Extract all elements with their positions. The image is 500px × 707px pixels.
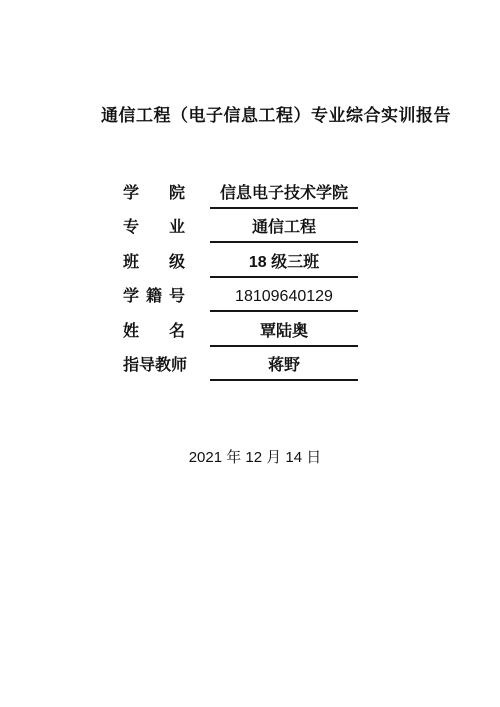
field-value-class: 18 级三班 (210, 255, 358, 278)
field-label-name: 姓名 (123, 324, 185, 347)
report-date: 2021 年 12 月 14 日 (189, 446, 322, 467)
field-label-advisor: 指导教师 (123, 358, 185, 381)
field-label-major: 专业 (123, 220, 185, 243)
field-value-name: 覃陆奥 (210, 324, 358, 347)
field-value-major: 通信工程 (210, 220, 358, 243)
field-row-advisor: 指导教师 蒋野 (123, 347, 358, 382)
field-row-major: 专业 通信工程 (123, 209, 358, 244)
field-row-college: 学院 信息电子技术学院 (123, 174, 358, 209)
fields-block: 学院 信息电子技术学院 专业 通信工程 班级 18 级三班 学籍号 181096… (123, 174, 358, 381)
field-label-class: 班级 (123, 255, 185, 278)
field-label-college: 学院 (123, 186, 185, 209)
field-value-student-id: 18109640129 (210, 289, 358, 312)
report-cover-page: 通信工程（电子信息工程）专业综合实训报告 学院 信息电子技术学院 专业 通信工程… (0, 0, 500, 707)
field-row-class: 班级 18 级三班 (123, 243, 358, 278)
field-value-college: 信息电子技术学院 (210, 186, 358, 209)
field-row-name: 姓名 覃陆奥 (123, 312, 358, 347)
field-label-student-id: 学籍号 (123, 289, 185, 312)
field-row-student-id: 学籍号 18109640129 (123, 278, 358, 313)
report-title: 通信工程（电子信息工程）专业综合实训报告 (101, 101, 451, 126)
field-value-advisor: 蒋野 (210, 358, 358, 381)
